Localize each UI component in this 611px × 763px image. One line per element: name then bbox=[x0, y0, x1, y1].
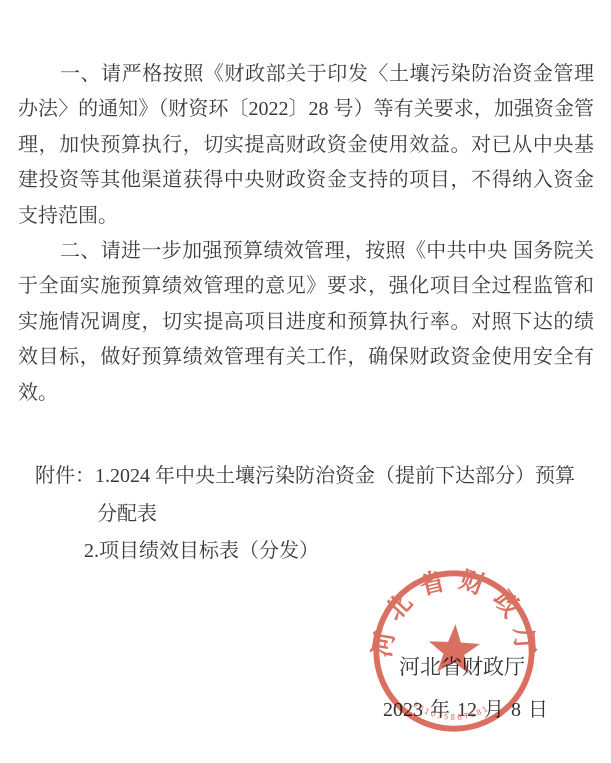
paragraph1-line: 一、请严格按照《财政部关于印发〈土壤污染防治资金管理 bbox=[18, 57, 594, 92]
paragraph2-line: 实施情况调度，切实提高项目进度和预算执行率。对照下达的绩 bbox=[18, 305, 594, 340]
document-body: 一、请严格按照《财政部关于印发〈土壤污染防治资金管理 办法〉的通知》（财资环〔2… bbox=[18, 57, 594, 411]
paragraph1-line: 建投资等其他渠道获得中央财政资金支持的项目，不得纳入资金 bbox=[18, 163, 594, 198]
paragraph2-line: 二、请进一步加强预算绩效管理，按照《中共中央 国务院关 bbox=[18, 234, 594, 269]
paragraph1-line: 办法〉的通知》（财资环〔2022〕28 号）等有关要求，加强资金管 bbox=[18, 92, 594, 127]
paragraph2-line: 效目标，做好预算绩效管理有关工作，确保财政资金使用安全有 bbox=[18, 340, 594, 375]
paragraph2-line: 于全面实施预算绩效管理的意见》要求，强化项目全过程监管和 bbox=[18, 269, 594, 304]
paragraph2-line: 效。 bbox=[18, 376, 594, 411]
paragraph1-line: 理，加快预算执行，切实提高财政资金使用效益。对已从中央基 bbox=[18, 128, 594, 163]
star-icon bbox=[427, 623, 481, 674]
attachment-item-2: 2.项目绩效目标表（分发） bbox=[18, 533, 594, 571]
attachments-section: 附件：1.2024 年中央土壤污染防治资金（提前下达部分）预算 分配表 2.项目… bbox=[18, 458, 594, 571]
paragraph1-line: 支持范围。 bbox=[18, 199, 594, 234]
official-seal: 河北省财政厅 13010358675817 bbox=[366, 563, 543, 740]
attachment-item-1-continuation: 分配表 bbox=[18, 496, 594, 534]
document-page: 一、请严格按照《财政部关于印发〈土壤污染防治资金管理 办法〉的通知》（财资环〔2… bbox=[0, 0, 611, 763]
attachment-item-1: 附件：1.2024 年中央土壤污染防治资金（提前下达部分）预算 bbox=[18, 458, 594, 496]
